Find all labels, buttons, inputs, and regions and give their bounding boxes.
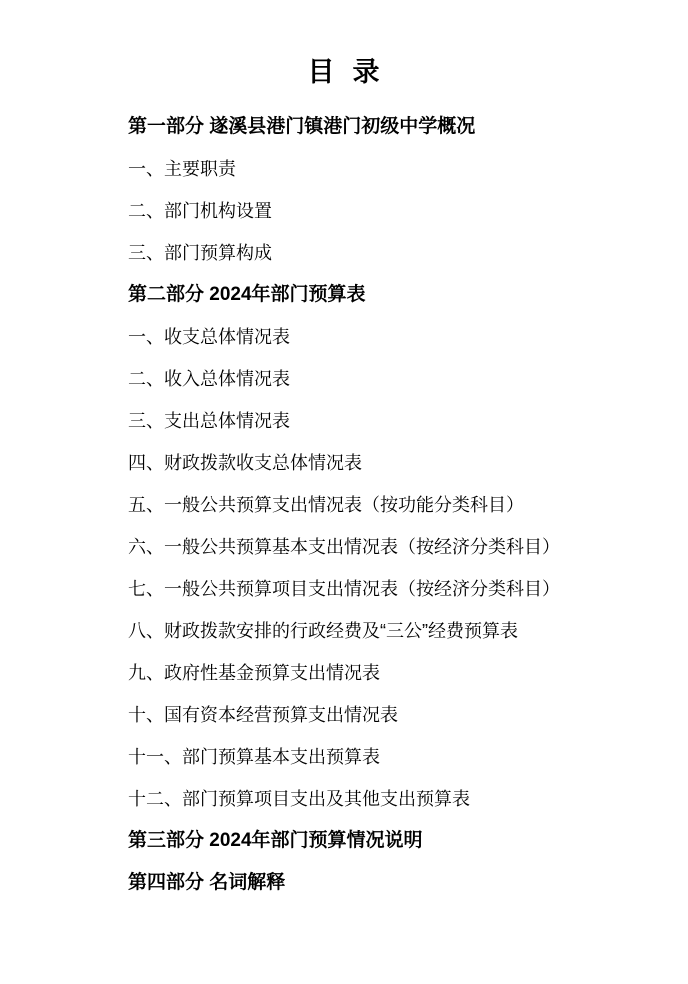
toc-section-heading: 第三部分 2024年部门预算情况说明	[128, 820, 648, 862]
toc-entry: 二、收入总体情况表	[128, 358, 648, 400]
toc-entry: 十一、部门预算基本支出预算表	[128, 736, 648, 778]
toc-entry: 十、国有资本经营预算支出情况表	[128, 694, 648, 736]
toc-entry: 七、一般公共预算项目支出情况表（按经济分类科目）	[128, 568, 648, 610]
toc-entry: 八、财政拨款安排的行政经费及“三公”经费预算表	[128, 610, 648, 652]
page-title: 目 录	[0, 0, 688, 88]
toc-entry: 三、部门预算构成	[128, 232, 648, 274]
toc-section-heading: 第二部分 2024年部门预算表	[128, 274, 648, 316]
toc-entry: 一、主要职责	[128, 148, 648, 190]
toc-section-heading: 第一部分 遂溪县港门镇港门初级中学概况	[128, 106, 648, 148]
toc-section-heading: 第四部分 名词解释	[128, 862, 648, 904]
toc-entry: 一、收支总体情况表	[128, 316, 648, 358]
toc-entry: 十二、部门预算项目支出及其他支出预算表	[128, 778, 648, 820]
table-of-contents: 第一部分 遂溪县港门镇港门初级中学概况 一、主要职责 二、部门机构设置 三、部门…	[0, 106, 688, 904]
toc-entry: 六、一般公共预算基本支出情况表（按经济分类科目）	[128, 526, 648, 568]
toc-entry: 五、一般公共预算支出情况表（按功能分类科目）	[128, 484, 648, 526]
toc-entry: 四、财政拨款收支总体情况表	[128, 442, 648, 484]
toc-entry: 三、支出总体情况表	[128, 400, 648, 442]
document-page: 目 录 第一部分 遂溪县港门镇港门初级中学概况 一、主要职责 二、部门机构设置 …	[0, 0, 688, 984]
toc-entry: 二、部门机构设置	[128, 190, 648, 232]
toc-entry: 九、政府性基金预算支出情况表	[128, 652, 648, 694]
